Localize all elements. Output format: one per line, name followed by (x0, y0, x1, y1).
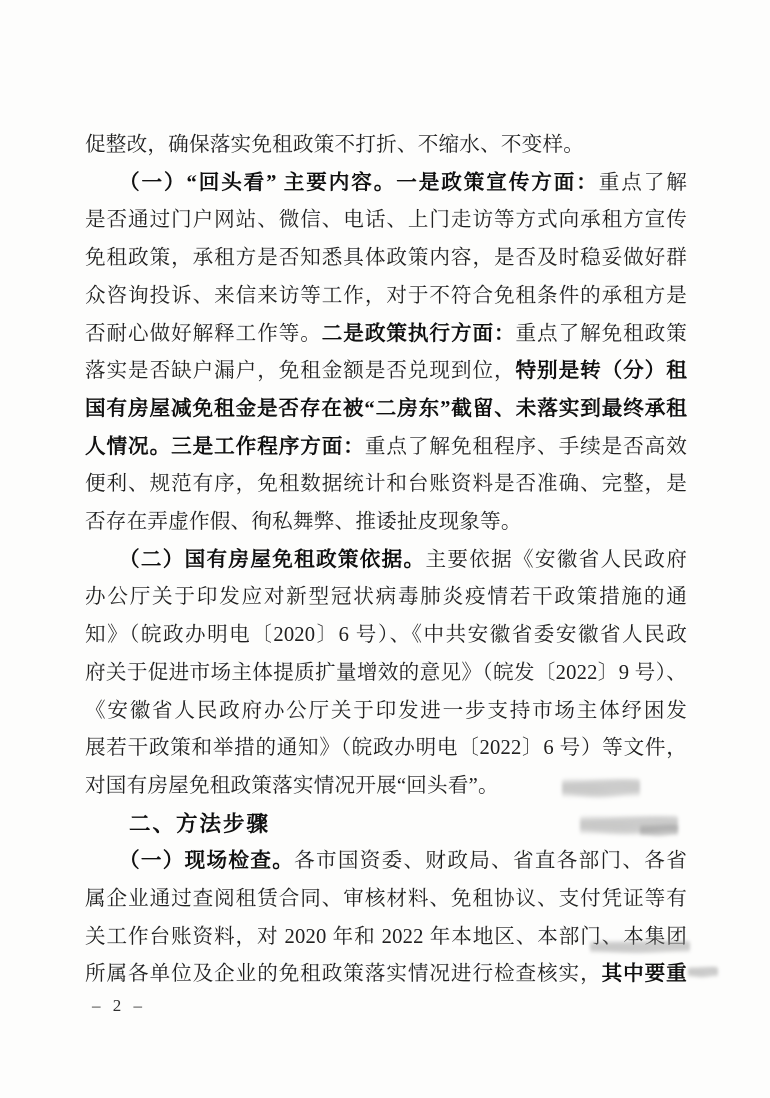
emphasis-text-run: 二是政策执行方面： (322, 323, 516, 345)
text-run: 对国有房屋免租政策落实情况开展“回头看”。 (85, 775, 499, 797)
text-line: 《安徽省人民政府办公厅关于印发进一步支持市场主体纾困发 (85, 693, 687, 731)
ink-bleed-mark (590, 940, 690, 955)
text-line: 国有房屋减免租金是否存在被“二房东”截留、未落实到最终承租 (85, 391, 687, 429)
text-line: 促整改，确保落实免租政策不打折、不缩水、不变样。 (85, 127, 687, 165)
emphasis-text-run: （二）国有房屋免租政策依据。 (119, 549, 425, 571)
emphasis-text-run: 人情况。三是工作程序方面： (85, 436, 365, 458)
text-run: 否存在弄虚作假、徇私舞弊、推诿扯皮现象等。 (85, 511, 522, 533)
emphasis-text-run: （一）现场检查。 (119, 850, 294, 872)
text-run: 府关于促进市场主体提质扩量增效的意见》（皖发〔2022〕9 号）、 (85, 662, 687, 684)
text-run: 是否通过门户网站、微信、电话、上门走访等方式向承租方宣传 (85, 209, 687, 231)
text-run: 免租政策，承租方是否知悉具体政策内容，是否及时稳妥做好群 (85, 247, 687, 269)
text-run: 主要依据《安徽省人民政府 (425, 549, 687, 571)
text-line: 免租政策，承租方是否知悉具体政策内容，是否及时稳妥做好群 (85, 240, 687, 278)
text-line: 府关于促进市场主体提质扩量增效的意见》（皖发〔2022〕9 号）、 (85, 655, 687, 693)
emphasis-text-run: 国有房屋减免租金是否存在被“二房东”截留、未落实到最终承租 (85, 398, 687, 420)
text-run: 《安徽省人民政府办公厅关于印发进一步支持市场主体纾困发 (85, 700, 687, 722)
text-run: 展若干政策和举措的通知》（皖政办明电〔2022〕6 号）等文件， (85, 737, 687, 759)
emphasis-text-run: 二、方法步骤 (129, 812, 270, 836)
text-run: 重点了解免租程序、手续是否高效 (365, 436, 687, 458)
text-line: （一）现场检查。各市国资委、财政局、省直各部门、各省 (85, 843, 687, 881)
emphasis-text-run: 特别是转（分）租 (516, 360, 687, 382)
text-line: 人情况。三是工作程序方面：重点了解免租程序、手续是否高效 (85, 429, 687, 467)
text-line: （二）国有房屋免租政策依据。主要依据《安徽省人民政府 (85, 542, 687, 580)
text-run: 所属各单位及企业的免租政策落实情况进行检查核实， (85, 963, 602, 985)
text-line: 知》（皖政办明电〔2020〕6 号）、《中共安徽省委安徽省人民政 (85, 617, 687, 655)
page-number: – 2 – (92, 996, 146, 1016)
text-run: 便利、规范有序，免租数据统计和台账资料是否准确、完整，是 (85, 473, 687, 495)
text-run: 重点了解免租政策 (516, 323, 687, 345)
ink-bleed-mark (562, 778, 640, 800)
text-line: 否存在弄虚作假、徇私舞弊、推诿扯皮现象等。 (85, 504, 687, 542)
document-body: 促整改，确保落实免租政策不打折、不缩水、不变样。（一）“回头看” 主要内容。一是… (85, 127, 687, 994)
emphasis-text-run: （一）“回头看” 主要内容。一是政策宣传方面： (119, 172, 599, 194)
text-line: （一）“回头看” 主要内容。一是政策宣传方面：重点了解 (85, 165, 687, 203)
text-run: 否耐心做好解释工作等。 (85, 323, 322, 345)
text-line: 所属各单位及企业的免租政策落实情况进行检查核实，其中要重 (85, 956, 687, 994)
text-line: 展若干政策和举措的通知》（皖政办明电〔2022〕6 号）等文件， (85, 730, 687, 768)
text-line: 落实是否缺户漏户，免租金额是否兑现到位，特别是转（分）租 (85, 353, 687, 391)
text-run: 各市国资委、财政局、省直各部门、各省 (294, 850, 687, 872)
text-run: 促整改，确保落实免租政策不打折、不缩水、不变样。 (85, 134, 584, 156)
emphasis-text-run: 其中要重 (602, 963, 687, 985)
text-run: 属企业通过查阅租赁合同、审核材料、免租协议、支付凭证等有 (85, 888, 687, 910)
text-line: 众咨询投诉、来信来访等工作，对于不符合免租条件的承租方是 (85, 278, 687, 316)
text-line: 便利、规范有序，免租数据统计和台账资料是否准确、完整，是 (85, 466, 687, 504)
text-run: 落实是否缺户漏户，免租金额是否兑现到位， (85, 360, 516, 382)
text-run: 知》（皖政办明电〔2020〕6 号）、《中共安徽省委安徽省人民政 (85, 624, 687, 646)
ink-bleed-mark (688, 966, 718, 979)
text-line: 属企业通过查阅租赁合同、审核材料、免租协议、支付凭证等有 (85, 881, 687, 919)
ink-bleed-mark (640, 824, 678, 838)
text-run: 众咨询投诉、来信来访等工作，对于不符合免租条件的承租方是 (85, 285, 687, 307)
text-line: 否耐心做好解释工作等。二是政策执行方面：重点了解免租政策 (85, 316, 687, 354)
text-line: 办公厅关于印发应对新型冠状病毒肺炎疫情若干政策措施的通 (85, 579, 687, 617)
text-line: 是否通过门户网站、微信、电话、上门走访等方式向承租方宣传 (85, 202, 687, 240)
text-run: 办公厅关于印发应对新型冠状病毒肺炎疫情若干政策措施的通 (85, 586, 687, 608)
scanned-document-page: 促整改，确保落实免租政策不打折、不缩水、不变样。（一）“回头看” 主要内容。一是… (0, 0, 770, 1098)
text-run: 重点了解 (599, 172, 687, 194)
